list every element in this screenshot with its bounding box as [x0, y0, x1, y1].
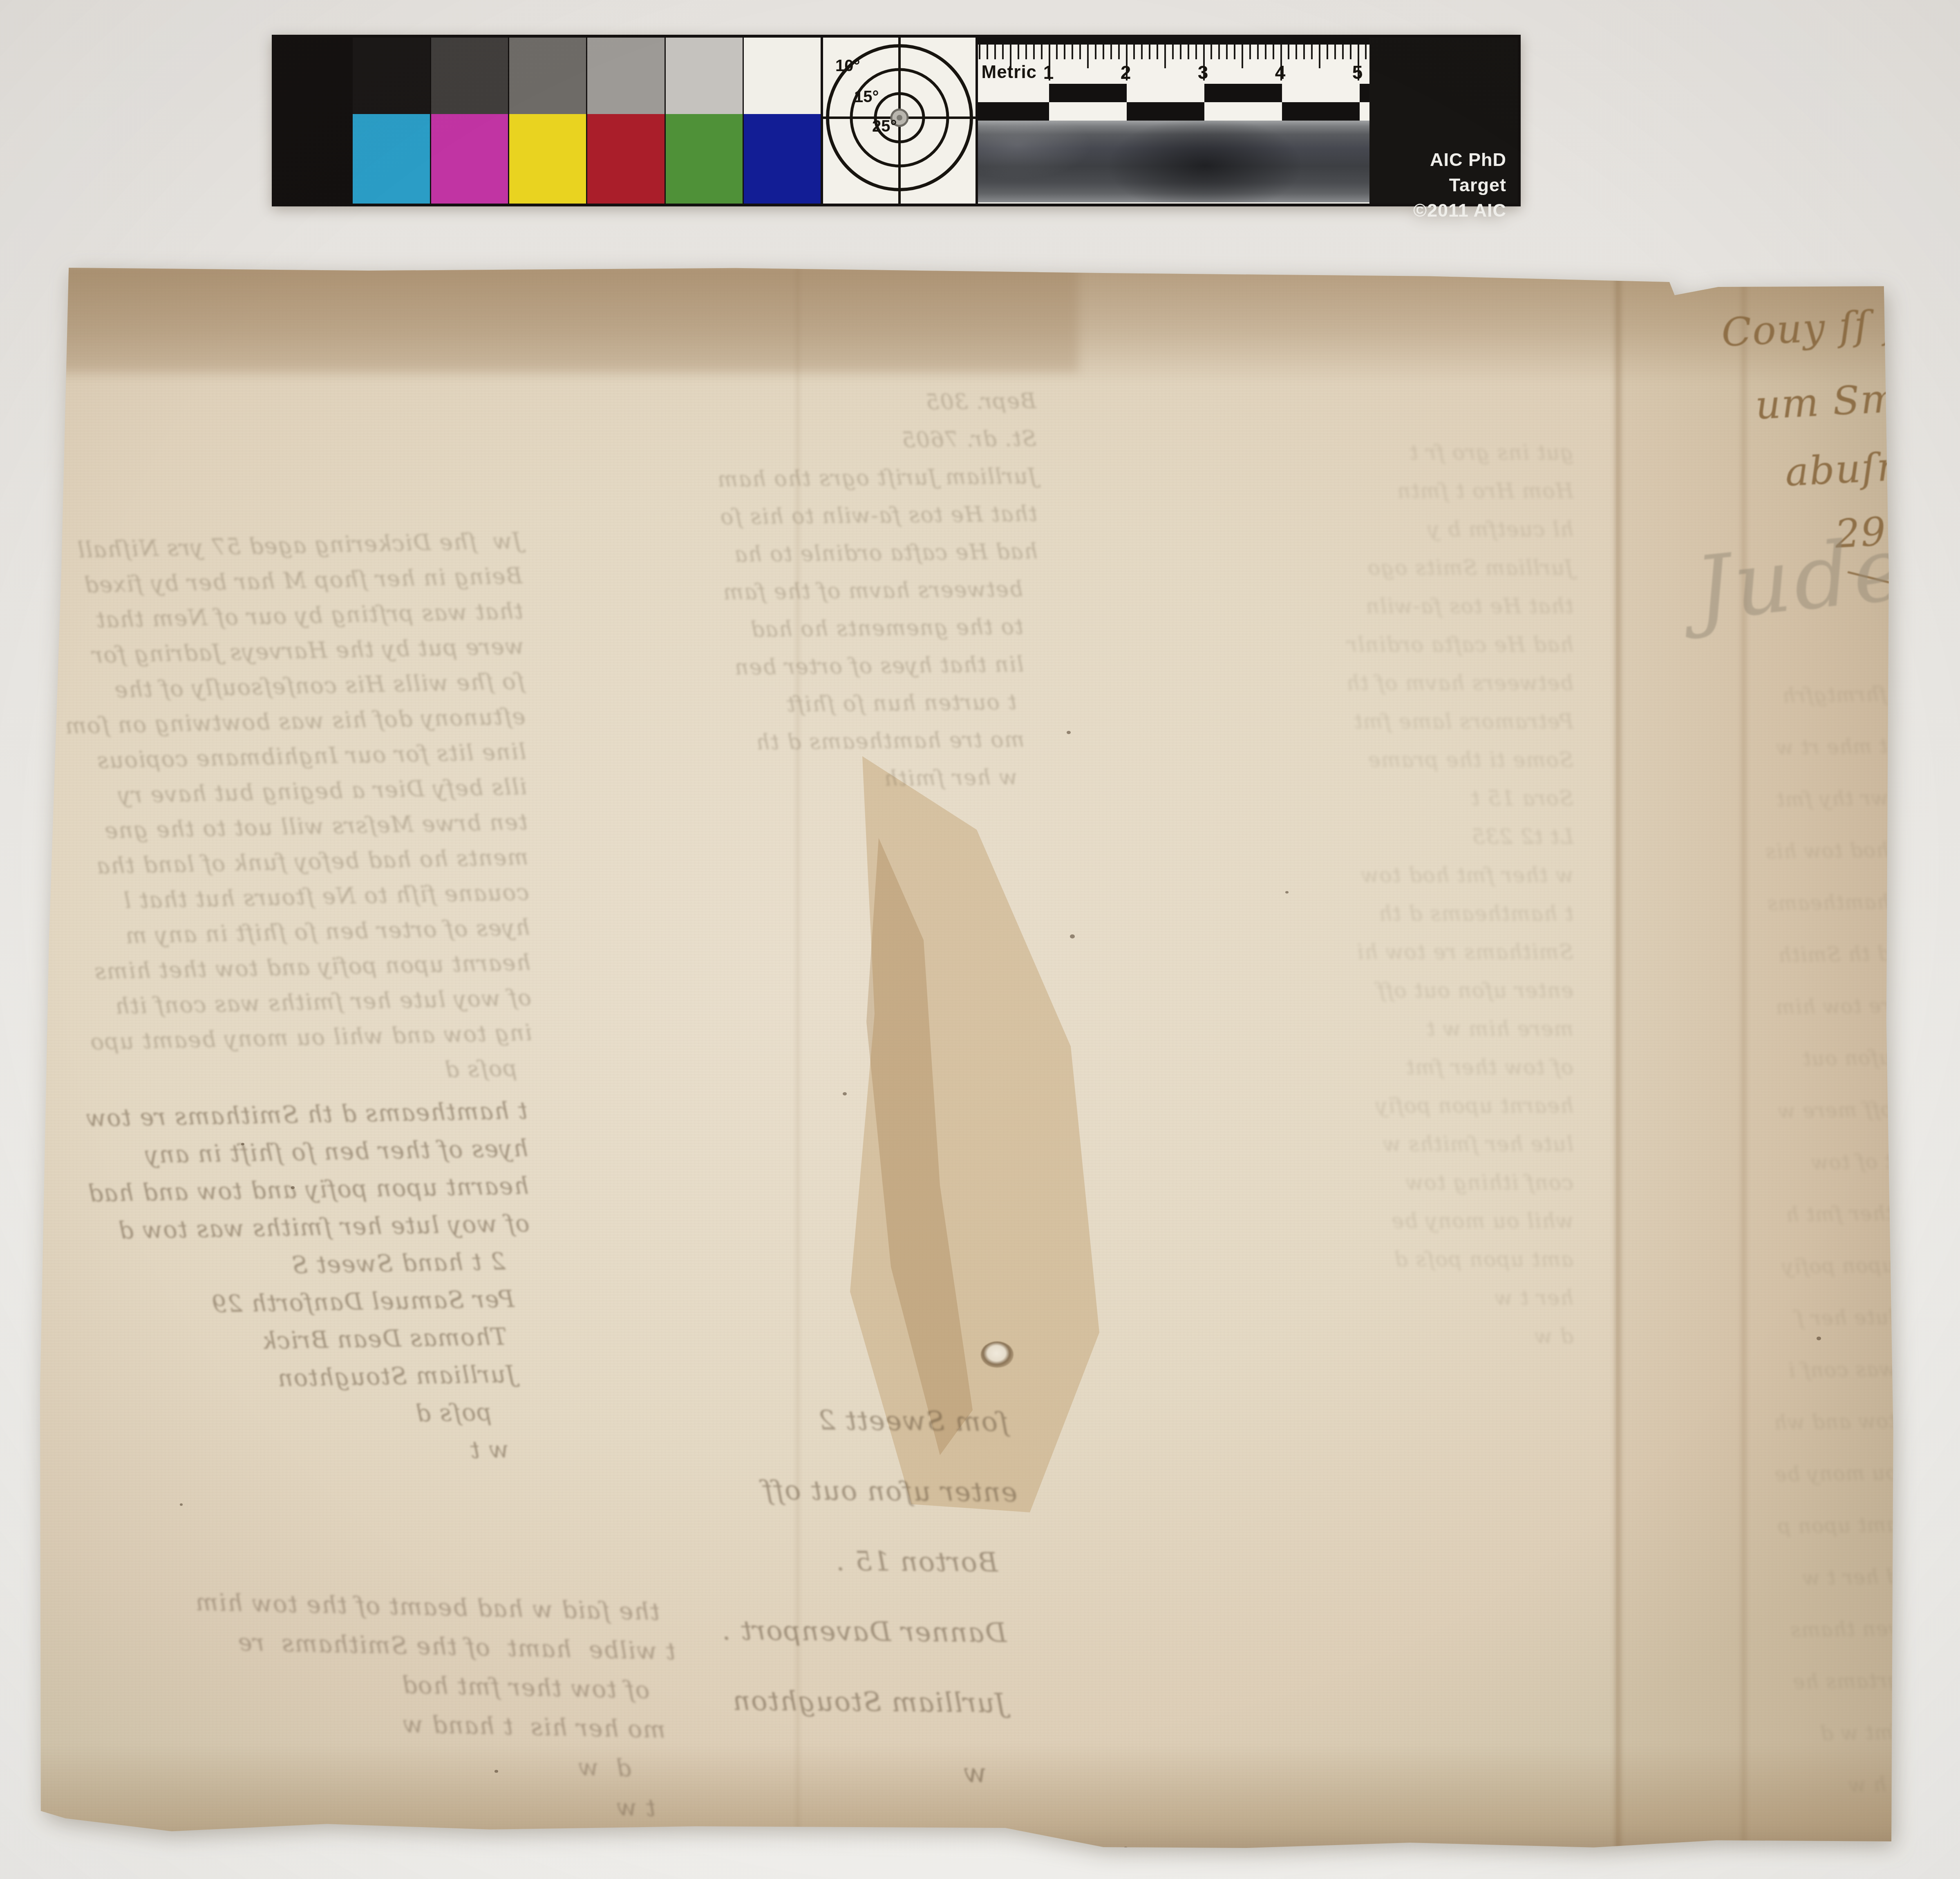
checker-row-1	[978, 84, 1369, 102]
bullseye-graphic: 10° 15° 25°	[823, 38, 978, 204]
ghost-line: lute her ſ	[1633, 1292, 1896, 1347]
ruler-tick	[1025, 45, 1027, 59]
ghost-line: t of tow	[1631, 1136, 1893, 1191]
ruler-tick	[987, 45, 988, 59]
color-patch	[431, 114, 508, 204]
ruler-number: 5	[1352, 61, 1363, 83]
bleedthrough-block-left-lower: t hamtheams d th Smithams re towhyes of …	[135, 1092, 534, 1475]
patch-column-4	[509, 38, 586, 204]
vertical-fold-crease	[1615, 265, 1621, 1868]
ghost-line: Thomas Dean Brick	[139, 1318, 532, 1362]
checkerboard-pattern	[978, 84, 1369, 121]
ruler-tick	[1103, 45, 1104, 59]
ink-annotation-line: abuſmigl	[1784, 440, 1960, 495]
checker-cell	[1282, 102, 1360, 121]
ghost-line: Per Samuel Danforth 29	[138, 1280, 531, 1325]
patch-column-6	[666, 38, 743, 204]
ruler-tick	[1072, 45, 1073, 59]
ruler-tick	[1118, 45, 1120, 59]
ghost-line: mere him w t	[1197, 1010, 1573, 1048]
ghost-line: was conf i	[1634, 1344, 1897, 1399]
ruler-tick	[1180, 45, 1181, 59]
paper-hole	[981, 1342, 1014, 1368]
ink-speck	[1067, 731, 1071, 734]
bleedthrough-block-left-upper: Jw ſhe Dickering aged 57 yrs NiſhallBein…	[129, 523, 533, 1094]
checker-cell	[1204, 84, 1282, 102]
ghost-line: of woy lute her ſmiths was tow d	[137, 1205, 530, 1250]
checker-cell	[1049, 84, 1127, 102]
ghost-line: betweers havm of the fam	[670, 570, 1038, 611]
ghost-line: Jurlliam Smits ogo	[1197, 549, 1573, 587]
bleedthrough-block-mid-right: gut ins gro fr tHom Hro t ſmtnhl cuetfm …	[1197, 433, 1573, 1355]
ruler-tick	[1365, 45, 1367, 59]
ghost-line: d w	[1197, 1317, 1573, 1355]
target-branding: AIC PhD Target ©2011 AIC	[1369, 147, 1506, 223]
ghost-line: t hamtheams d th Smithams re tow	[135, 1092, 528, 1137]
checker-cell	[978, 102, 1049, 121]
checker-cell	[1204, 102, 1282, 121]
bullseye-registration-square: 10° 15° 25°	[821, 38, 976, 204]
grayscale-patch	[587, 38, 664, 114]
ghost-line: ven thams	[1638, 1603, 1900, 1658]
ghost-line: Jurlliam Juriſt ogrs tho ham	[669, 457, 1037, 499]
ruler-tick	[1350, 45, 1351, 59]
ghost-line: Petramors lame fmt	[1197, 702, 1573, 741]
checker-cell	[1127, 84, 1204, 102]
grayscale-patch	[666, 38, 743, 114]
checker-cell	[1360, 102, 1368, 121]
ruler-tick	[1157, 45, 1158, 59]
ink-speck	[291, 1186, 295, 1189]
ruler-tick	[1033, 45, 1035, 59]
ghost-line: whil ou mony be	[1197, 1202, 1573, 1240]
ghost-line: Smithams re tow hi	[1197, 933, 1573, 971]
ghost-line: t h w	[1640, 1758, 1902, 1814]
ghost-line: Jurlliam Stoughton	[689, 1665, 1025, 1738]
ruler-tick	[1095, 45, 1096, 59]
ghost-line: to the gnements ho had	[671, 608, 1039, 649]
ghost-line: Hom Hro t ſmtn	[1197, 472, 1573, 510]
ruler-tick	[1234, 45, 1235, 59]
ruler-tick	[1041, 45, 1043, 59]
ink-speck	[1817, 1337, 1821, 1340]
ghost-line: Bepr. 305	[668, 382, 1036, 423]
ghost-line: off mere w	[1631, 1084, 1893, 1140]
ghost-line: lute her ſmiths w	[1197, 1125, 1573, 1163]
ruler-tick	[1079, 45, 1081, 59]
ghost-line: t hamtheams d th	[1197, 894, 1573, 933]
ghost-line: ufon out	[1630, 1032, 1892, 1088]
manuscript-leaf-wrap: Jw ſhe Dickering aged 57 yrs NiſhallBein…	[36, 265, 1898, 1868]
ghost-line: Some ti the prame	[1197, 741, 1573, 779]
ghost-line: Sora 15 t	[1197, 779, 1573, 817]
color-patch-strip	[275, 38, 821, 204]
ghost-line: gut ins gro fr t	[1197, 433, 1573, 472]
ruler-tick	[1210, 45, 1212, 59]
ruler-tick	[1195, 45, 1197, 59]
ruler-tick	[1257, 45, 1259, 59]
checker-cell	[1360, 84, 1368, 102]
ghost-line: ſom Sweett 2	[692, 1384, 1027, 1457]
top-discoloration-band	[36, 265, 1898, 383]
ghost-line: enter ufon out off	[691, 1454, 1027, 1527]
top-left-discoloration	[36, 265, 1078, 372]
checker-row-2	[978, 102, 1369, 121]
ghost-line: mo tre hamtheams d th	[671, 721, 1040, 762]
grayscale-patch	[353, 38, 430, 114]
angle-label-25: 25°	[872, 117, 897, 135]
ghost-line: w her ſmith	[672, 758, 1040, 800]
ink-speck	[1285, 891, 1289, 894]
ghost-line: ſmt w d	[1639, 1707, 1902, 1762]
ruler-tick	[1226, 45, 1228, 59]
ruler-tick	[1056, 45, 1058, 59]
ruler-tick	[1110, 45, 1112, 59]
aic-phd-target: 10° 15° 25° Metric 12345 AIC PhD Target	[272, 35, 1521, 206]
calibration-target: 10° 15° 25° Metric 12345 AIC PhD Target	[272, 35, 1521, 206]
bleedthrough-block-bottom-left: the ſaid w had beamt of the tow himt wil…	[51, 1579, 677, 1828]
ink-annotation-line: um Smit	[1754, 374, 1929, 428]
ruler-tick	[979, 45, 980, 59]
ghost-line: had He cafta ordinle to ha	[670, 533, 1038, 574]
ruler-number: 4	[1275, 61, 1286, 83]
checker-cell	[1127, 102, 1204, 121]
grayscale-patch	[275, 38, 351, 114]
ghost-line: d her t w	[1637, 1551, 1900, 1606]
grayscale-patch	[509, 38, 586, 114]
ruler-tick	[1133, 45, 1135, 59]
ink-speck	[180, 1503, 183, 1506]
target-name-label: AIC PhD Target	[1369, 147, 1506, 198]
ruler-tick	[1288, 45, 1289, 59]
ghost-line: t mhe rt w	[1625, 721, 1888, 776]
checker-cell	[978, 84, 1049, 102]
ruler-tick	[1342, 45, 1344, 59]
ghost-line: tow and wh	[1635, 1395, 1897, 1451]
ruler-tick	[1265, 45, 1266, 59]
ruler-top-bar	[978, 38, 1369, 45]
color-patch	[275, 114, 351, 204]
color-patch	[353, 114, 430, 204]
ghost-line: St. dr. 7605	[669, 420, 1037, 461]
ghost-line: fhrmtgfrh	[1625, 669, 1887, 724]
ruler-tick	[1018, 45, 1019, 59]
checker-cell	[1282, 84, 1360, 102]
ghost-line: lin that hyes of orter ben	[671, 645, 1039, 687]
ghost-line: 2 t hand Sweet S	[137, 1243, 530, 1287]
ghost-line: conf ithing tow	[1197, 1163, 1573, 1202]
ghost-line: upon pofiy	[1633, 1240, 1895, 1295]
ruler-tick	[1141, 45, 1143, 59]
ghost-line: her t w	[1197, 1279, 1573, 1317]
ink-speck	[1070, 934, 1075, 938]
ghost-line: hod tow his	[1627, 824, 1889, 880]
ruler-tick	[1149, 45, 1150, 59]
checker-cell	[1049, 102, 1127, 121]
ghost-line: Jurlliam Stoughton	[139, 1355, 532, 1400]
ink-speck	[843, 1092, 847, 1095]
ghost-line: wr thy fmt	[1626, 773, 1888, 828]
color-patch	[587, 114, 664, 204]
patch-column-5	[587, 38, 664, 204]
ruler-numbers: 12345	[978, 61, 1369, 83]
ghost-line: w	[689, 1736, 1025, 1809]
bleedthrough-block-right-panel: fhrmtgfrht mhe rt wwr thy fmthod tow his…	[1625, 669, 1902, 1814]
color-patch	[666, 114, 743, 204]
gloss-reference-strip	[978, 121, 1369, 202]
ink-speck	[241, 1143, 244, 1145]
ink-speck	[1124, 1847, 1128, 1850]
ghost-line: Lt t2 235	[1197, 817, 1573, 856]
ghost-line: w ther fmt hod tow	[1197, 856, 1573, 894]
manuscript-leaf: Jw ſhe Dickering aged 57 yrs NiſhallBein…	[36, 265, 1898, 1868]
ghost-line: re tow him	[1629, 980, 1891, 1036]
patch-column-7	[744, 38, 821, 204]
ghost-line: amt upon p	[1636, 1499, 1899, 1554]
photograph: 10° 15° 25° Metric 12345 AIC PhD Target	[0, 0, 1960, 1879]
ghost-line: poſs d	[140, 1393, 533, 1438]
ghost-line: hearnt upon pofiy	[1197, 1086, 1573, 1125]
ruler-tick	[1295, 45, 1297, 59]
bleedthrough-block-middle-signatures: ſom Sweett 2 enter ufon out off Borton 1…	[689, 1384, 1028, 1809]
ruler-tick	[1303, 45, 1305, 59]
ruler-number: 3	[1198, 61, 1208, 83]
ghost-line: grtams he	[1638, 1655, 1901, 1710]
ruler-tick	[1334, 45, 1336, 59]
patch-column-1	[275, 38, 351, 204]
ruler-number: 1	[1043, 61, 1054, 83]
ghost-line: amt upon poſs d	[1197, 1240, 1573, 1279]
ruler-tick	[1218, 45, 1220, 59]
grayscale-patch	[431, 38, 508, 114]
ink-speck	[494, 1770, 498, 1773]
angle-label-15: 15°	[854, 88, 879, 106]
ghost-line: betweers havm of th	[1197, 664, 1573, 702]
patch-column-3	[431, 38, 508, 204]
ruler-tick	[1311, 45, 1313, 59]
ghost-line: hyes of ther ben ſo ſhift in any	[136, 1130, 528, 1174]
bleedthrough-block-middle-top: Bepr. 305St. dr. 7605Jurlliam Juriſt ogr…	[668, 382, 1040, 800]
ruler-tick	[1327, 45, 1328, 59]
ghost-line: w t	[141, 1431, 533, 1475]
angle-label-10: 10°	[835, 57, 860, 75]
ruler-tick	[1064, 45, 1065, 59]
ink-annotation-line: Couy ſſ ſenh	[1720, 297, 1960, 356]
ghost-line: enter ufon out off	[1197, 971, 1573, 1010]
ruler-tick	[1273, 45, 1274, 59]
ruler-tick	[1002, 45, 1004, 59]
metric-ruler: Metric 12345	[976, 38, 1369, 204]
ghost-line: hearnt upon pofiy and tow and had	[136, 1167, 529, 1212]
ruler-tick	[1172, 45, 1174, 59]
ghost-line: hl cuetfm b y	[1197, 510, 1573, 549]
grayscale-patch	[744, 38, 821, 114]
ruler-tick	[994, 45, 996, 59]
center-dot	[897, 115, 902, 121]
ghost-line: that He tos fa-wiln to his ſo	[669, 495, 1038, 536]
ghost-line: Borton 15 .	[691, 1525, 1026, 1598]
ruler-tick	[1188, 45, 1189, 59]
patch-column-2	[353, 38, 430, 204]
ghost-line: that He tos fa-wiln	[1197, 587, 1573, 625]
ghost-line: d th Smith	[1628, 928, 1891, 984]
ghost-line: t ourten hun ſo ſhift	[671, 683, 1039, 724]
target-end-cap: AIC PhD Target ©2011 AIC	[1369, 38, 1518, 204]
color-patch	[744, 114, 821, 204]
color-patch	[509, 114, 586, 204]
ghost-line: Danner Davenport .	[690, 1595, 1026, 1668]
ghost-line: ther fmt h	[1632, 1188, 1894, 1243]
target-copyright-label: ©2011 AIC	[1369, 198, 1506, 223]
ghost-line: hamtheams	[1628, 876, 1890, 932]
ruler-number: 2	[1121, 61, 1131, 83]
ruler-tick	[1249, 45, 1251, 59]
ghost-line: ou mony be	[1636, 1447, 1898, 1503]
pencil-inscription: Jude	[1690, 516, 1913, 641]
ghost-line: had He cafta ordinlr	[1197, 625, 1573, 664]
ghost-line: of tow ther fmt	[1197, 1048, 1573, 1086]
